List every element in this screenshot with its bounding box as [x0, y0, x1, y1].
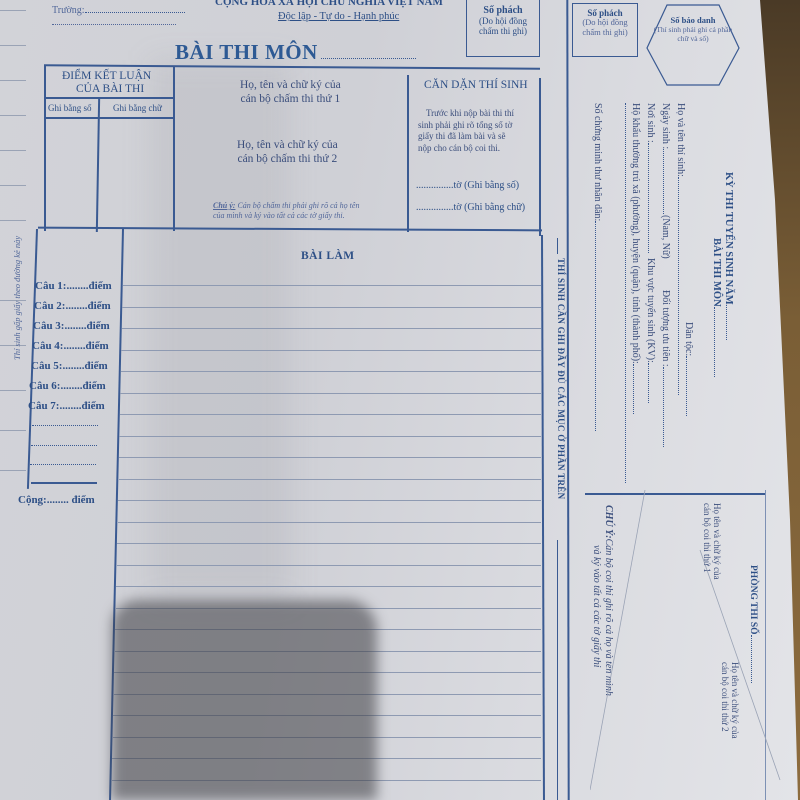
question-7-score[interactable]: Câu 7:........điểm [28, 396, 112, 416]
field-region[interactable]: Khu vực tuyển sinh (KV): [645, 258, 656, 403]
field-priority[interactable]: Đối tượng ưu tiên : [660, 290, 671, 447]
score-col-words: Ghi bằng chữ [113, 103, 162, 113]
field-dob[interactable]: Ngày sinh : [660, 103, 671, 214]
answer-line [118, 500, 541, 501]
score-title-1: ĐIỂM KẾT LUẬN [62, 70, 151, 82]
so-phach-title: Số phách [467, 5, 539, 16]
field-birthplace[interactable]: Nơi sinh : [645, 103, 656, 253]
grader-1-label: Họ, tên và chữ ký củacán bộ chấm thi thứ… [240, 78, 341, 106]
extra-score-line-3[interactable] [30, 464, 96, 465]
stub-exam-name: KỲ THI TUYỂN SINH NĂM [723, 172, 734, 340]
question-scores: Câu 1:........điểm Câu 2:........điểm Câ… [35, 276, 112, 416]
field-ethnicity[interactable]: Dân tộc: [683, 322, 694, 416]
so-phach-box: Số phách (Do hội đồng chấm thi ghi) [466, 0, 540, 57]
field-gender[interactable]: (Nam, Nữ) [660, 215, 671, 259]
extra-score-line-2[interactable] [31, 445, 97, 446]
national-title: CỘNG HÒA XÃ HỘI CHỦ NGHĨA VIỆT NAM [215, 0, 443, 8]
answer-line [120, 414, 541, 415]
school-field[interactable]: Trường: [52, 5, 185, 16]
grader-2-signature[interactable] [180, 170, 400, 195]
answer-line [116, 586, 541, 587]
score-title-2: CỦA BÀI THI [76, 83, 144, 95]
answer-line [119, 457, 541, 458]
grader-note: Chú ý: Cán bộ chấm thi phải ghi rõ cả họ… [213, 201, 359, 221]
answer-line [121, 371, 541, 372]
question-2-score[interactable]: Câu 2:........điểm [34, 296, 112, 316]
school-label: Trường: [52, 5, 85, 16]
stub-subject: BÀI THI MÔN [711, 238, 722, 377]
answer-line [123, 285, 541, 286]
sheets-words-field[interactable]: ...............tờ (Ghi bằng chữ) [416, 202, 525, 213]
grader-1-signature[interactable] [180, 110, 400, 134]
so-bao-danh-note: (Thí sinh phải ghi cả phần chữ và số) [649, 25, 737, 43]
answer-line [122, 307, 541, 308]
score-col-number: Ghi bằng số [48, 103, 92, 113]
question-5-score[interactable]: Câu 5:........điểm [31, 356, 112, 376]
total-score[interactable]: Cộng:........ điểm [18, 494, 95, 506]
question-6-score[interactable]: Câu 6:........điểm [29, 376, 112, 396]
sheets-number-field[interactable]: ...............tờ (Ghi bằng số) [416, 180, 519, 191]
answer-line [121, 350, 541, 351]
so-phach-note: (Do hội đồng chấm thi ghi) [467, 16, 539, 36]
score-words-input[interactable] [99, 119, 172, 227]
motto: Độc lập - Tự do - Hạnh phúc [278, 11, 399, 22]
field-id-card[interactable]: Số chứng minh thư nhân dân: [592, 103, 603, 431]
answer-line [120, 393, 541, 394]
field-residence[interactable]: Hộ khẩu thường trú xã (phường), huyện (q… [630, 103, 641, 414]
answer-line [119, 436, 541, 437]
grader-2-label: Họ, tên và chữ ký củacán bộ chấm thi thứ… [237, 138, 338, 166]
instructions-body: Trước khi nộp bài thi thí sinh phải ghi … [418, 108, 514, 154]
stub-warning: THÍ SINH CẦN GHI ĐẦY ĐỦ CÁC MỤC Ở PHẦN T… [556, 258, 566, 499]
answer-title: BÀI LÀM [301, 250, 355, 262]
phone-shadow [112, 600, 377, 800]
answer-line [117, 543, 541, 544]
question-1-score[interactable]: Câu 1:........điểm [35, 276, 112, 296]
school-field-line[interactable] [52, 24, 176, 25]
stub-so-phach-box: Số phách (Do hội đồng chấm thi ghi) [572, 3, 638, 57]
question-4-score[interactable]: Câu 4:........điểm [32, 336, 112, 356]
score-number-input[interactable] [46, 119, 96, 227]
extra-score-line-1[interactable] [32, 425, 98, 426]
answer-line [122, 328, 541, 329]
so-bao-danh-title: Số báo danh [661, 15, 725, 25]
question-3-score[interactable]: Câu 3:........điểm [33, 316, 112, 336]
field-residence-line-2[interactable] [625, 103, 627, 483]
answer-line [117, 565, 541, 566]
exam-title: BÀI THI MÔN [175, 40, 416, 65]
stub-signature-diagonal [590, 490, 790, 800]
answer-line [119, 479, 541, 480]
instructions-title: CĂN DẶN THÍ SINH [424, 79, 528, 91]
answer-line [118, 522, 541, 523]
fold-note: Thí sinh gấp giấy theo đường kẻ này [12, 236, 22, 360]
